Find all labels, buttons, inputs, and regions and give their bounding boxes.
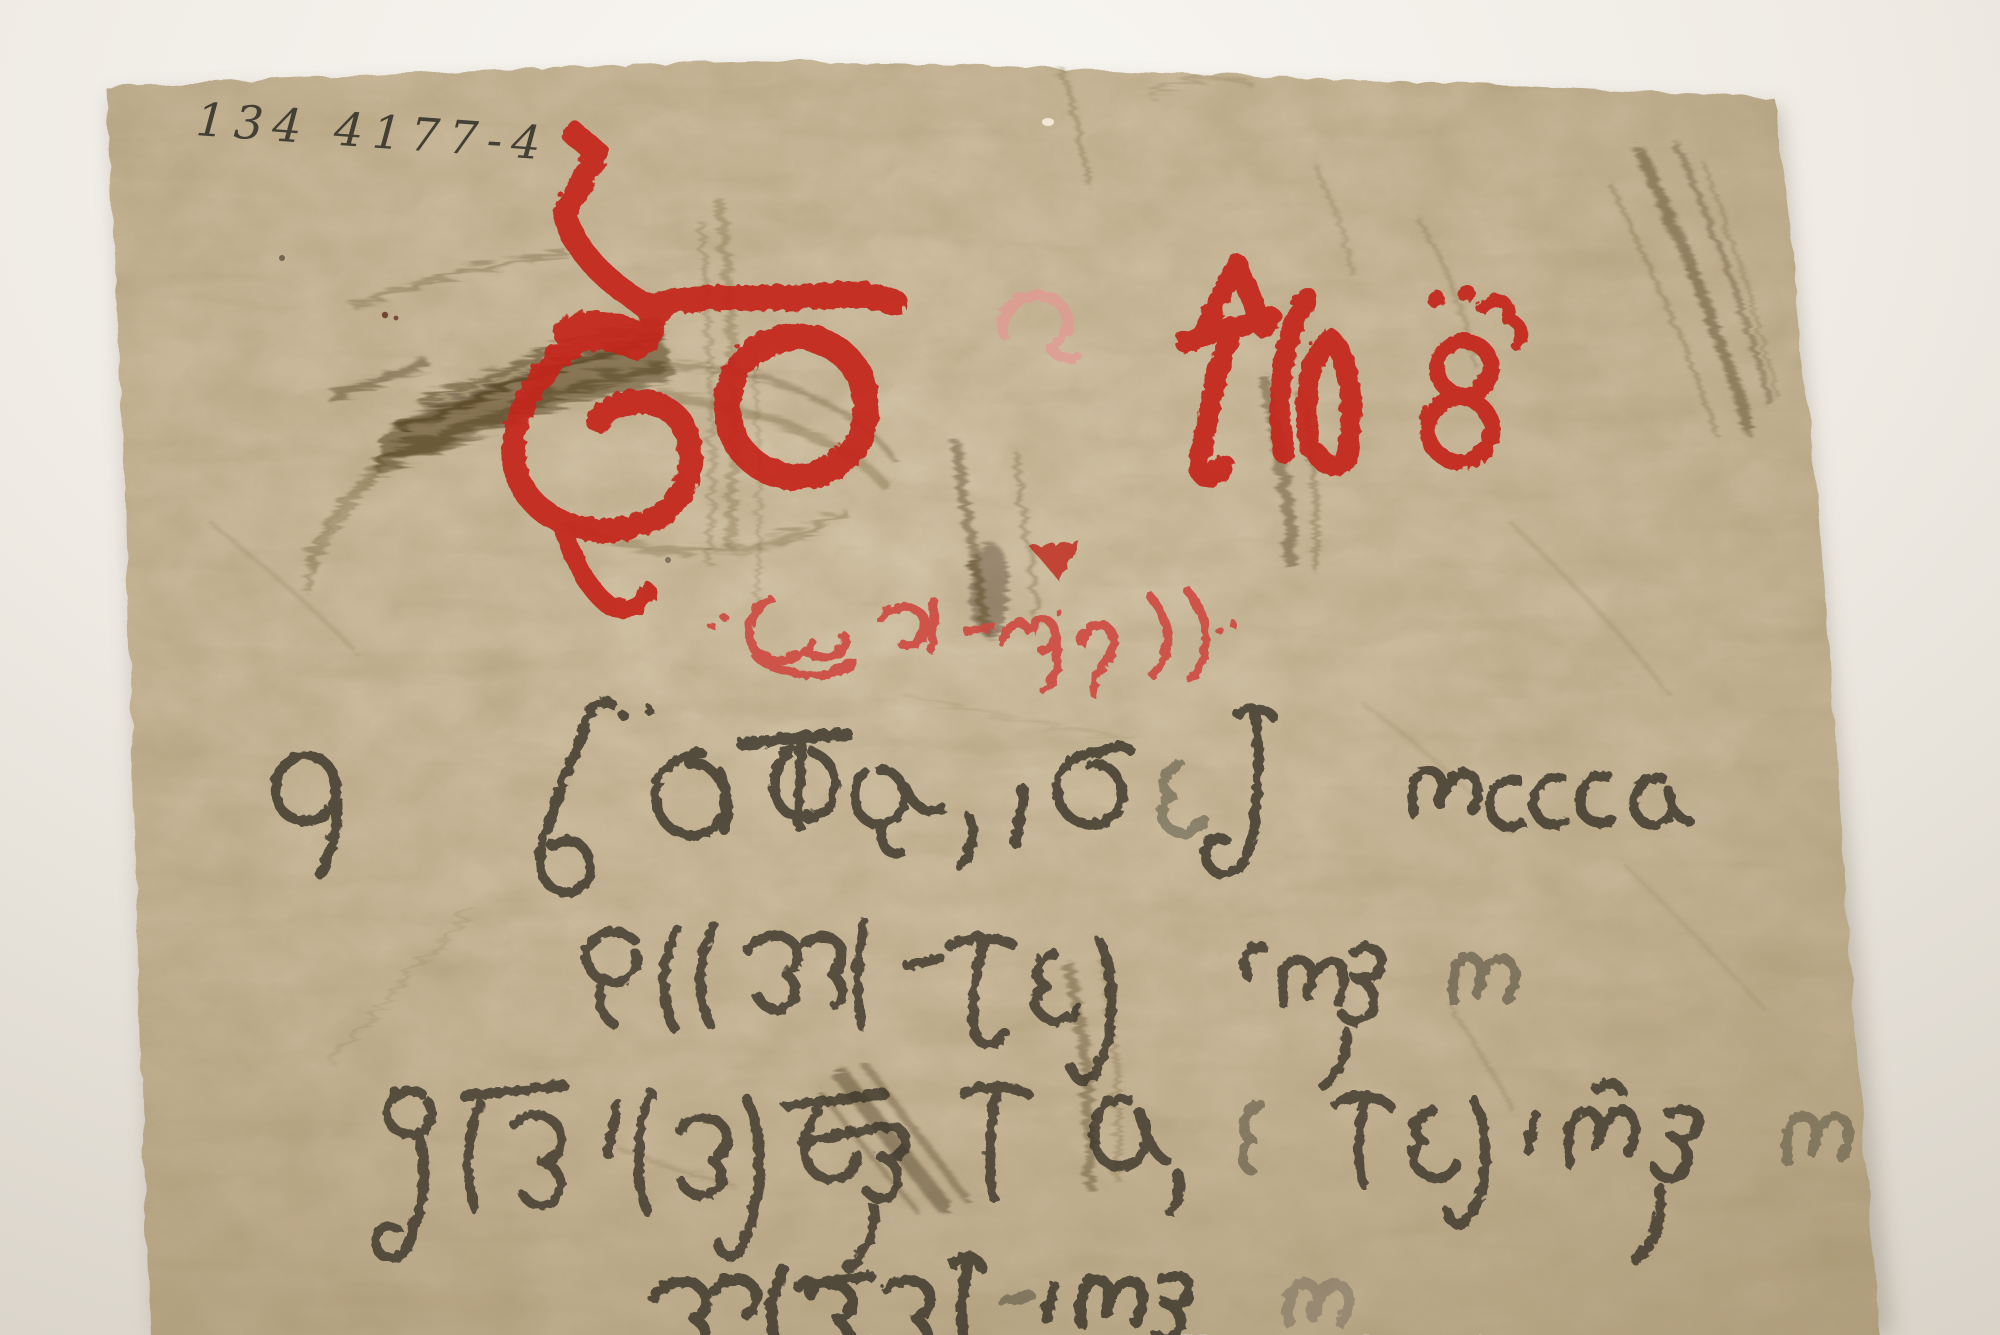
red-speck [394,316,399,321]
subtitle-leading-dot [706,620,714,628]
photo-stage: 134 4177-4 [0,0,2000,1335]
dark-speck [279,255,285,261]
pinhole-speck [1042,118,1054,126]
subtitle-trailing-dot [1227,618,1235,626]
red-speck [382,312,388,318]
subtitle-trailing-dot [1214,625,1222,633]
subtitle-leading-dot [719,612,727,620]
dark-speck [665,557,671,563]
